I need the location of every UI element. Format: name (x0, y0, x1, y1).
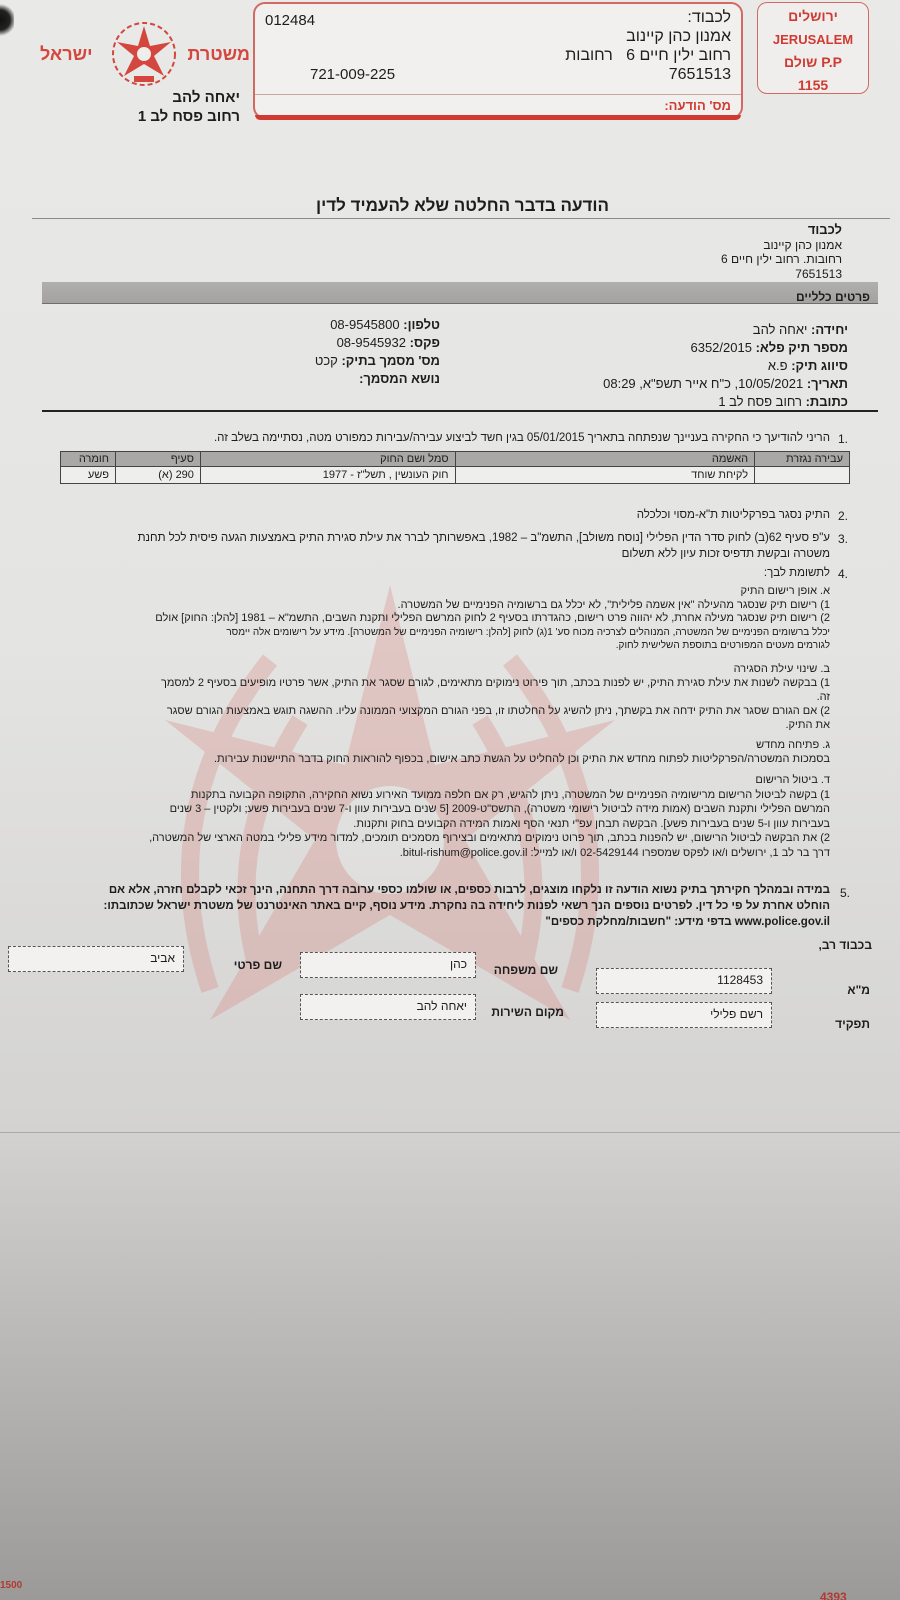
police-notice-document: משטרת ישראל יאחה להב רחוב פסח לב 1 01248… (0, 0, 900, 1600)
detail-address: כתובת: רחוב פסח לב 1 (603, 393, 848, 411)
section-a-item-1: 1) רישום תיק שנסגר מהעילה "אין אשמה פליל… (155, 599, 830, 613)
photo-edge-shadow (0, 0, 14, 60)
detail-unit: יחידה: יאחה להב (603, 321, 848, 339)
detail-case-type: סיווג תיק: פ.א (603, 357, 848, 375)
sender-address: רחוב פסח לב 1 (138, 107, 240, 126)
section-header-bar (42, 282, 878, 304)
section-a-item-2-cont: יכלל ברשומים הפנימיים של המשטרה, המנוהלי… (155, 626, 830, 640)
cell-law: חוק העונשין , תשל"ז - 1977 (200, 467, 455, 484)
item-number: 1. (838, 432, 848, 446)
paragraph-5-line: הוחלט אחרת על פי כל דין. לפרטים נוספים ה… (104, 898, 830, 914)
station-field: יאחה להב (300, 994, 476, 1020)
recipient-block: לכבוד: אמנון כהן קיינוב רחוב ילין חיים 6… (565, 8, 731, 84)
document-title: הודעה בדבר החלטה שלא להעמיד לדין (0, 196, 900, 216)
reference-number: 012484 (265, 12, 315, 29)
role-field: רשם פלילי (596, 1002, 772, 1028)
paragraph-3: ע"פ סעיף 62(ב) לחוק סדר הדין הפלילי [נוס… (138, 530, 830, 562)
sender-block: יאחה להב רחוב פסח לב 1 (138, 88, 240, 126)
notice-number-label: מס' הודעה: (664, 98, 731, 113)
recipient-label: לכבוד: (565, 8, 731, 27)
col-law: סמל ושם החוק (200, 452, 455, 467)
logo-text-right: משטרת (187, 44, 250, 65)
logo-text-left: ישראל (40, 44, 93, 65)
section-d-item-2: 2) את הבקשה לביטול הרישום, יש להפנות בכת… (149, 831, 830, 846)
postage-paid-stamp: ירושלים JERUSALEM שולם P.P 1155 (757, 2, 869, 94)
barcode-number: 721-009-225 (310, 66, 395, 83)
col-derived-offense: עבירה נגזרת (755, 452, 850, 467)
window-divider (255, 94, 741, 95)
section-b-item-2-cont: את התיק. (161, 718, 830, 732)
details-divider (42, 410, 878, 412)
section-a-item-2: 2) רישום תיק שנסגר מעילה אחרת, לא יהווה … (155, 612, 830, 626)
paragraph-3-line: ע"פ סעיף 62(ב) לחוק סדר הדין הפלילי [נוס… (138, 530, 830, 546)
addressee-block: לכבוד אמנון כהן קיינוב רחובות. רחוב ילין… (721, 223, 842, 281)
col-section: סעיף (116, 452, 201, 467)
section-c-title: ג. פתיחה מחדש (214, 738, 830, 752)
addressee-zip: 7651513 (721, 267, 842, 282)
footer-right-code: 4393 (820, 1590, 847, 1600)
sender-unit: יאחה להב (138, 88, 240, 107)
first-name-label: שם פרטי (234, 958, 282, 972)
first-name-field: אביב (8, 946, 184, 972)
detail-date: תאריך: 10/05/2021, כ"ח אייר תשפ"א, 08:29 (603, 375, 848, 393)
section-d-item-1-cont: בעבירות עוון ו-5 שנים בעבירות פשע]. הבקש… (149, 817, 830, 832)
item-number: 3. (838, 532, 848, 546)
paragraph-1: הריני להודיעך כי החקירה בעניינך שנפתחה ב… (214, 431, 830, 446)
section-b-item-1: 1) בבקשה לשנות את עילת סגירת התיק, יש לפ… (161, 676, 830, 690)
section-d-item-1: 1) בקשה לביטול הרישום מרישומיה הפנימיים … (149, 788, 830, 803)
window-bottom-stripe (255, 115, 741, 120)
section-d-item-2-cont: דרך בר לב 1, ירושלים ו/או לפקס שמספרו 02… (149, 846, 830, 861)
section-a-title: א. אופן רישום התיק (155, 585, 830, 599)
station-label: מקום השירות (491, 1005, 564, 1019)
postage-city-he: ירושלים (758, 5, 868, 28)
section-c-text: בסמכות המשטרה/הפרקליטות לפתוח מחדש את הת… (214, 752, 830, 766)
police-star-emblem-icon (108, 18, 180, 90)
last-name-field: כהן (300, 952, 476, 978)
paragraph-4-title: לתשומת לבך: (764, 566, 830, 581)
detail-phone: טלפון: 08-9545800 (315, 316, 440, 334)
section-b: ב. שינוי עילת הסגירה 1) בבקשה לשנות את ע… (161, 662, 830, 732)
cell-charge: לקיחת שוחד (455, 467, 755, 484)
general-details-right: יחידה: יאחה להב מספר תיק פלא: 6352/2015 … (603, 321, 848, 411)
id-field: 1128453 (596, 968, 772, 994)
detail-case-number: מספר תיק פלא: 6352/2015 (603, 339, 848, 357)
general-details-left: טלפון: 08-9545800 פקס: 08-9545932 מס' מס… (315, 316, 440, 388)
postage-number: 1155 (758, 74, 868, 97)
table-row: לקיחת שוחד חוק העונשין , תשל"ז - 1977 29… (61, 467, 850, 484)
offense-table-header: עבירה נגזרת האשמה סמל ושם החוק סעיף חומר… (61, 452, 850, 467)
cell-section: 290 (א) (116, 467, 201, 484)
recipient-street: רחוב ילין חיים 6 רחובות (565, 46, 731, 65)
cell-severity: פשע (61, 467, 116, 484)
footer-left-code: 1500 (0, 1580, 22, 1591)
paragraph-5: במידה ובמהלך חקירתך בתיק נשוא הודעה זו נ… (104, 882, 830, 930)
addressee-label: לכבוד (721, 223, 842, 238)
paragraph-5-link: www.police.gov.il בדפי מידע: "חשבות/מחלק… (104, 914, 830, 930)
section-b-item-2: 2) אם הגורם שסגר את התיק ידחה את בקשתך, … (161, 704, 830, 718)
item-number: 2. (838, 509, 848, 523)
police-logo: משטרת ישראל (40, 18, 250, 90)
paragraph-2: התיק נסגר בפרקליטות ת"א-מסוי וכלכלה (637, 508, 830, 523)
section-b-item-1-cont: זה. (161, 690, 830, 704)
detail-document-subject: נושא המסמך: (315, 370, 440, 388)
section-title: פרטים כלליים (796, 290, 870, 304)
cell-derived-offense (755, 467, 850, 484)
postage-city-en: JERUSALEM (758, 28, 868, 51)
section-b-title: ב. שינוי עילת הסגירה (161, 662, 830, 676)
paragraph-3-line: משטרה ובקשת תדפיס זכות עיון ללא תשלום (138, 546, 830, 562)
detail-fax: פקס: 08-9545932 (315, 334, 440, 352)
postage-paid: שולם P.P (758, 51, 868, 74)
item-number: 4. (838, 567, 848, 581)
section-d-title: ד. ביטול הרישום (149, 773, 830, 788)
addressee-name: אמנון כהן קיינוב (721, 238, 842, 253)
closing: בכבוד רב, (818, 938, 872, 952)
page-bottom-edge (0, 1132, 900, 1133)
address-window: 012484 721-009-225 לכבוד: אמנון כהן קיינ… (253, 2, 743, 119)
addressee-address: רחובות. רחוב ילין חיים 6 (721, 252, 842, 267)
section-d-item-1-cont: המרשם הפלילי ותקנת השבים (אמות מידה לביט… (149, 802, 830, 817)
role-label: תפקיד (835, 1017, 870, 1031)
title-divider (32, 218, 890, 219)
recipient-name: אמנון כהן קיינוב (565, 27, 731, 46)
section-a-item-2-cont: לגורמים מעטים המפורטים בתוספת השלישית לח… (155, 639, 830, 653)
section-d: ד. ביטול הרישום 1) בקשה לביטול הרישום מר… (149, 773, 830, 860)
detail-document-number: מס' מסמך בתיק: קכט (315, 352, 440, 370)
section-a: א. אופן רישום התיק 1) רישום תיק שנסגר מה… (155, 585, 830, 653)
offense-table: עבירה נגזרת האשמה סמל ושם החוק סעיף חומר… (60, 451, 850, 484)
item-number: 5. (840, 886, 850, 900)
paragraph-5-line: במידה ובמהלך חקירתך בתיק נשוא הודעה זו נ… (104, 882, 830, 898)
section-c: ג. פתיחה מחדש בסמכות המשטרה/הפרקליטות לפ… (214, 738, 830, 766)
id-label: מ"א (847, 983, 870, 997)
last-name-label: שם משפחה (494, 963, 558, 977)
col-severity: חומרה (61, 452, 116, 467)
col-charge: האשמה (455, 452, 755, 467)
recipient-zip: 7651513 (565, 65, 731, 84)
